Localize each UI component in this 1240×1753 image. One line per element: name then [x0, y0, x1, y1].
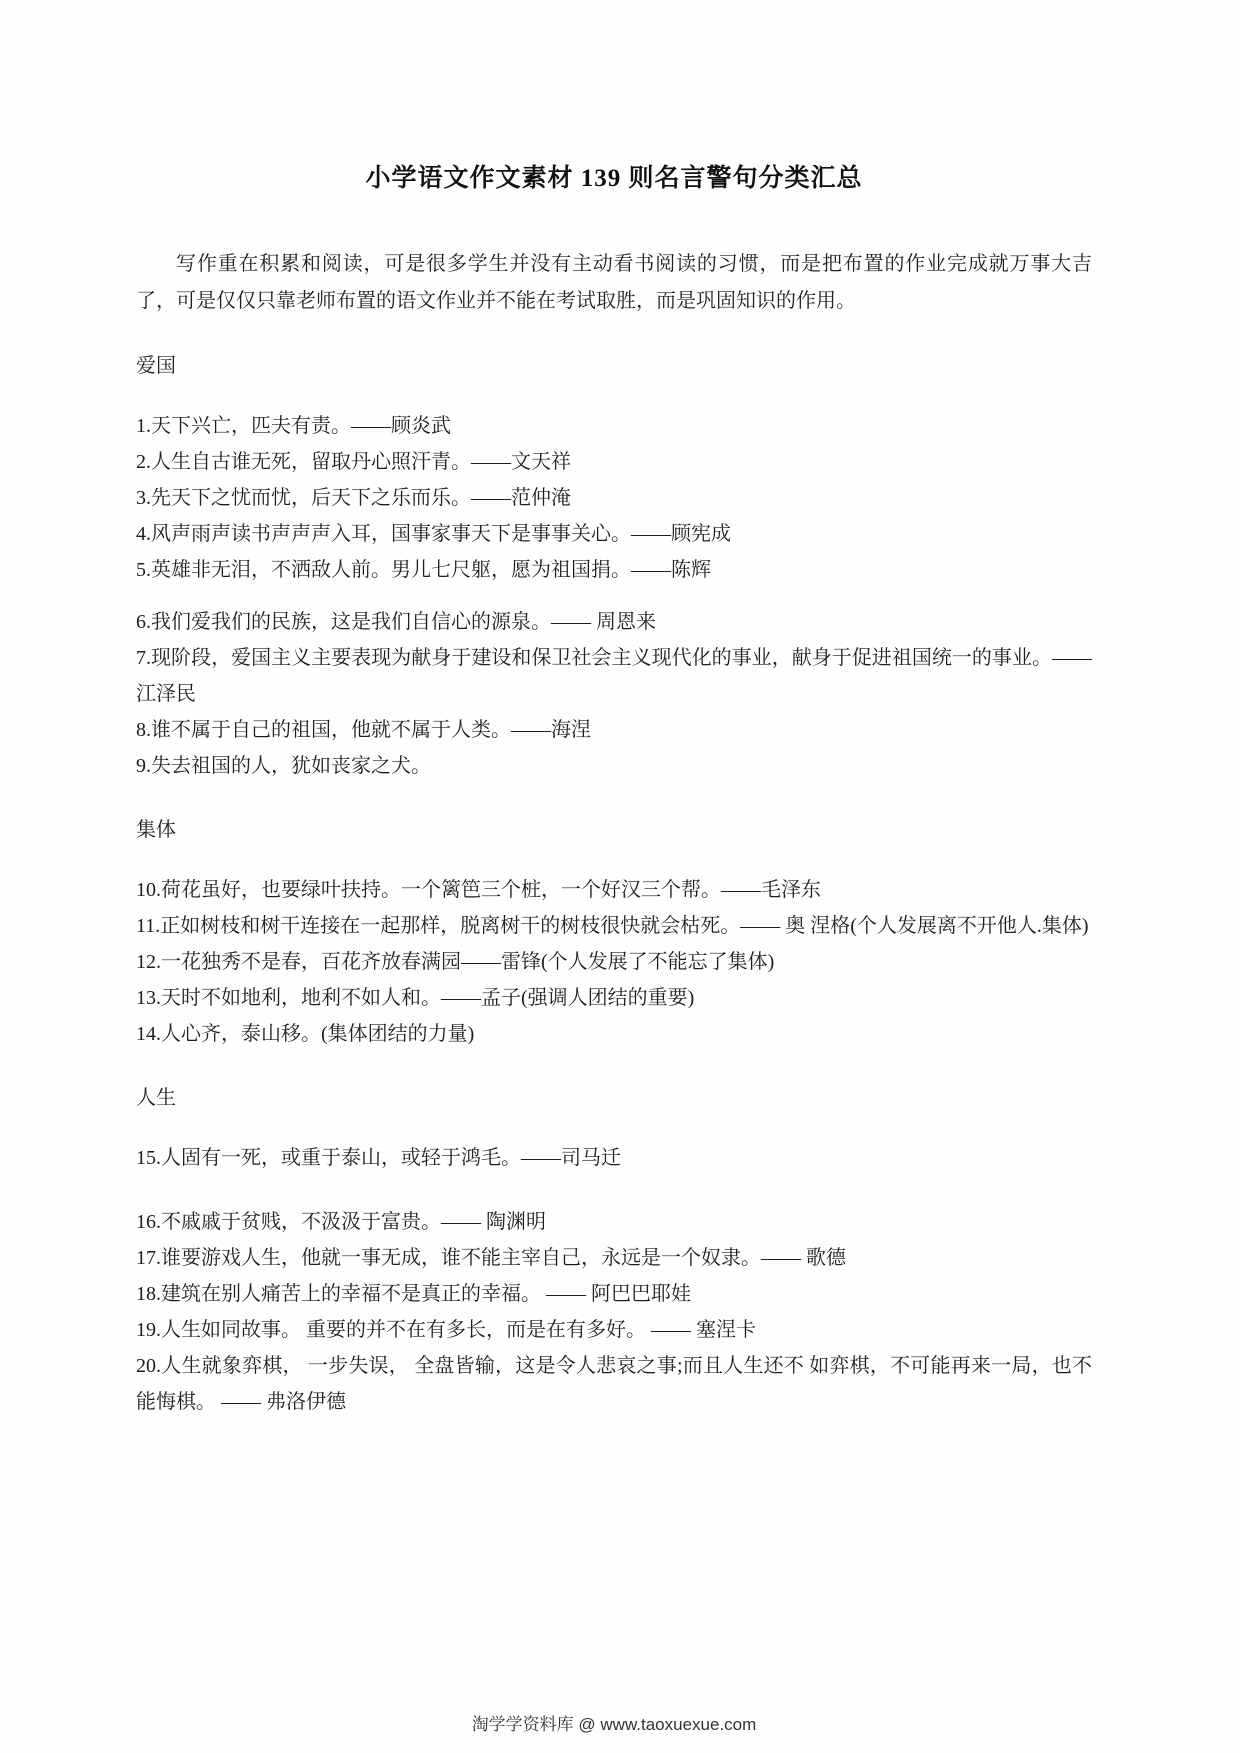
page-title: 小学语文作文素材 139 则名言警句分类汇总: [136, 158, 1092, 194]
quote-group: 1.天下兴亡，匹夫有责。——顾炎武 2.人生自古谁无死，留取丹心照汗青。——文天…: [136, 408, 1092, 588]
spacer: [136, 588, 1092, 604]
quote-item: 7.现阶段，爱国主义主要表现为献身于建设和保卫社会主义现代化的事业，献身于促进祖…: [136, 640, 1092, 712]
section-heading-patriotism: 爱国: [136, 348, 1092, 384]
quote-item: 15.人固有一死，或重于泰山，或轻于鸿毛。——司马迁: [136, 1140, 1092, 1176]
section-heading-life: 人生: [136, 1080, 1092, 1116]
quote-item: 11.正如树枝和树干连接在一起那样，脱离树干的树枝很快就会枯死。—— 奥 涅格(…: [136, 908, 1092, 944]
spacer: [136, 384, 1092, 408]
spacer: [136, 1176, 1092, 1204]
quote-group: 16.不戚戚于贫贱，不汲汲于富贵。—— 陶渊明 17.谁要游戏人生，他就一事无成…: [136, 1204, 1092, 1420]
quote-item: 20.人生就象弈棋， 一步失误， 全盘皆输，这是令人悲哀之事;而且人生还不 如弈…: [136, 1348, 1092, 1420]
footer-watermark: 淘学学资料库 @ www.taoxuexue.com: [136, 1670, 1092, 1735]
quote-item: 19.人生如同故事。 重要的并不在有多长，而是在有多好。 —— 塞涅卡: [136, 1312, 1092, 1348]
quote-item: 8.谁不属于自己的祖国，他就不属于人类。——海涅: [136, 712, 1092, 748]
quote-item: 16.不戚戚于贫贱，不汲汲于富贵。—— 陶渊明: [136, 1204, 1092, 1240]
quote-item: 17.谁要游戏人生，他就一事无成，谁不能主宰自己，永远是一个奴隶。—— 歌德: [136, 1240, 1092, 1276]
quote-group: 10.荷花虽好，也要绿叶扶持。一个篱笆三个桩，一个好汉三个帮。——毛泽东 11.…: [136, 872, 1092, 1052]
quote-group: 6.我们爱我们的民族，这是我们自信心的源泉。—— 周恩来 7.现阶段，爱国主义主…: [136, 604, 1092, 784]
quote-item: 18.建筑在别人痛苦上的幸福不是真正的幸福。 —— 阿巴巴耶娃: [136, 1276, 1092, 1312]
spacer: [136, 1052, 1092, 1080]
section-heading-collective: 集体: [136, 812, 1092, 848]
intro-paragraph: 写作重在积累和阅读，可是很多学生并没有主动看书阅读的习惯，而是把布置的作业完成就…: [136, 246, 1092, 320]
quote-item: 4.风声雨声读书声声声入耳，国事家事天下是事事关心。——顾宪成: [136, 516, 1092, 552]
quote-item: 9.失去祖国的人，犹如丧家之犬。: [136, 748, 1092, 784]
document-page: 小学语文作文素材 139 则名言警句分类汇总 写作重在积累和阅读，可是很多学生并…: [0, 0, 1240, 1753]
quote-item: 6.我们爱我们的民族，这是我们自信心的源泉。—— 周恩来: [136, 604, 1092, 640]
quote-item: 2.人生自古谁无死，留取丹心照汗青。——文天祥: [136, 444, 1092, 480]
spacer: [136, 320, 1092, 348]
spacer: [136, 848, 1092, 872]
quote-item: 10.荷花虽好，也要绿叶扶持。一个篱笆三个桩，一个好汉三个帮。——毛泽东: [136, 872, 1092, 908]
quote-item: 12.一花独秀不是春，百花齐放春满园——雷锋(个人发展了不能忘了集体): [136, 944, 1092, 980]
spacer: [136, 1116, 1092, 1140]
quote-item: 3.先天下之忧而忧，后天下之乐而乐。——范仲淹: [136, 480, 1092, 516]
quote-item: 1.天下兴亡，匹夫有责。——顾炎武: [136, 408, 1092, 444]
quote-item: 14.人心齐，泰山移。(集体团结的力量): [136, 1016, 1092, 1052]
quote-group: 15.人固有一死，或重于泰山，或轻于鸿毛。——司马迁: [136, 1140, 1092, 1176]
quote-item: 5.英雄非无泪，不洒敌人前。男儿七尺躯，愿为祖国捐。——陈辉: [136, 552, 1092, 588]
quote-item: 13.天时不如地利，地利不如人和。——孟子(强调人团结的重要): [136, 980, 1092, 1016]
spacer: [136, 784, 1092, 812]
